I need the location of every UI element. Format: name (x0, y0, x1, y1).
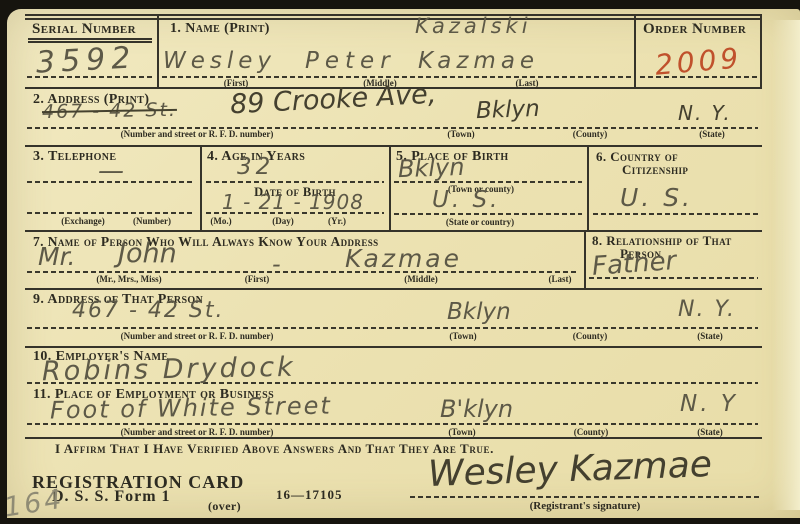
contact-first-value: John (118, 240, 177, 267)
telephone-dotline-2 (27, 212, 195, 214)
signature-sublabel: (Registrant's signature) (530, 501, 641, 512)
telephone-exchange-sublabel: (Exchange) (61, 217, 105, 226)
address-county-sublabel: (County) (573, 130, 608, 139)
birthplace-country-value: U. S. (432, 189, 500, 212)
date-of-birth-value: 1 - 21 - 1908 (222, 192, 364, 212)
age-dotline (206, 181, 384, 183)
address-town-sublabel: (Town) (447, 130, 474, 139)
name-annotation: Kazalski (415, 16, 532, 37)
employment-county-sublabel: (County) (574, 428, 609, 437)
citizenship-dotline (593, 213, 758, 215)
divider-age-birth (389, 145, 391, 231)
registration-card-scan: Serial Number 3592 1. Name (Print) Kazal… (0, 0, 800, 524)
rule-row3-bottom (25, 230, 762, 232)
contact-address-state-sublabel: (State) (697, 332, 723, 341)
name-first-value: Wesley (163, 50, 276, 73)
serial-number-label: Serial Number (32, 22, 136, 37)
telephone-number-sublabel: (Number) (133, 217, 171, 226)
rule-row5-bottom (25, 346, 762, 348)
birthplace-town-value: Bklyn (398, 155, 465, 181)
employer-value: Robins Drydock (42, 354, 296, 385)
contact-first-sublabel: (First) (245, 275, 270, 284)
contact-title-value: Mr. (38, 244, 76, 269)
citizenship-label-line2: Citizenship (622, 163, 688, 176)
address-street-sublabel: (Number and street or R. F. D. number) (121, 130, 274, 139)
divider-serial-name (157, 14, 159, 88)
contact-middle-sublabel: (Middle) (404, 275, 438, 284)
divider-contact-relation (584, 230, 586, 289)
employment-street-value: Foot of White Street (50, 394, 332, 423)
address-town-value: Bklyn (476, 98, 540, 123)
contact-address-dotline (27, 327, 758, 329)
serial-number-value: 3592 (35, 43, 137, 78)
divider-birth-citizen (587, 145, 589, 231)
form-number-label: D. S. S. Form 1 (52, 489, 171, 505)
top-rule-1 (25, 14, 762, 16)
order-number-label: Order Number (643, 22, 746, 37)
name-middle-value: Peter (305, 50, 396, 73)
birth-country-dotline (394, 213, 582, 215)
print-code: 16—17105 (276, 488, 343, 501)
contact-name-dotline (27, 271, 579, 273)
contact-address-county-sublabel: (County) (573, 332, 608, 341)
rule-row4-bottom (25, 288, 762, 290)
address-state-sublabel: (State) (699, 130, 725, 139)
over-label: (over) (208, 500, 241, 512)
address-crossed-out: 467 - 42 St. (42, 101, 177, 122)
telephone-value: — (98, 158, 124, 184)
name-last-value: Kazmae (418, 50, 539, 73)
employment-dotline (27, 423, 758, 425)
employment-state-value: N. Y (680, 393, 738, 416)
contact-address-state-value: N. Y. (678, 299, 736, 321)
birthplace-country-sublabel: (State or country) (446, 218, 514, 227)
name-last-sublabel: (Last) (516, 79, 539, 88)
dob-day-sublabel: (Day) (272, 217, 294, 226)
name-first-sublabel: (First) (224, 79, 249, 88)
divider-name-order (634, 14, 636, 88)
contact-person-label: 7. Name of Person Who Will Always Know Y… (33, 235, 379, 249)
contact-middle-value: - (272, 252, 281, 276)
dob-year-sublabel: (Yr.) (328, 217, 346, 226)
contact-address-street-value: 467 - 42 St. (72, 300, 225, 322)
address-state-value: N. Y. (678, 103, 732, 123)
rule-row7-bottom (25, 437, 762, 439)
signature-dotline (410, 496, 760, 498)
divider-tel-age (200, 145, 202, 231)
order-box-right (760, 14, 762, 88)
registrant-signature: Wesley Kazmae (427, 447, 712, 493)
name-label: 1. Name (Print) (170, 22, 270, 36)
contact-last-value: Kazmae (345, 246, 462, 271)
relationship-label-line1: 8. Relationship of That (592, 234, 732, 247)
contact-address-street-sublabel: (Number and street or R. F. D. number) (121, 332, 274, 341)
employment-street-sublabel: (Number and street or R. F. D. number) (121, 428, 274, 437)
employment-town-value: B'klyn (440, 397, 513, 421)
contact-address-town-value: Bklyn (447, 301, 511, 324)
relationship-value: Father (591, 248, 677, 280)
order-number-value: 2009 (654, 44, 743, 79)
card-right-edge (772, 20, 800, 510)
citizenship-value: U. S. (620, 185, 693, 210)
rule-row2-bottom (25, 145, 762, 147)
contact-address-town-sublabel: (Town) (449, 332, 476, 341)
employment-state-sublabel: (State) (697, 428, 723, 437)
contact-title-sublabel: (Mr., Mrs., Miss) (96, 275, 161, 284)
age-value: 32 (237, 156, 274, 179)
top-rule-2 (25, 18, 762, 20)
dob-month-sublabel: (Mo.) (210, 217, 231, 226)
contact-last-sublabel: (Last) (549, 275, 572, 284)
employment-town-sublabel: (Town) (448, 428, 475, 437)
